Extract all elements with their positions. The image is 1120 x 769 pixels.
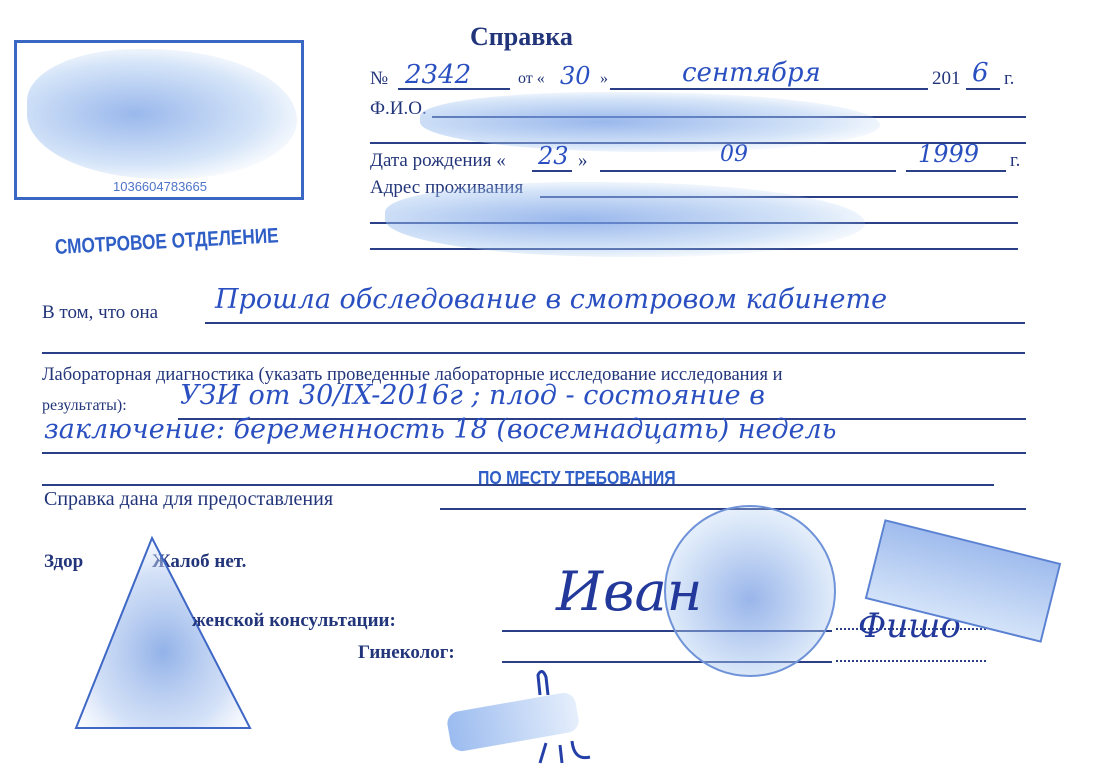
lab-value-line2: заключение: беременность 18 (восемнадцат…	[44, 414, 836, 445]
fio-redaction	[420, 92, 880, 152]
lab-value-line1: УЗИ от 30/IX-2016г ; плод - состояние в	[180, 380, 765, 411]
birth-year-value: 1999	[918, 140, 979, 168]
fio-label: Ф.И.О.	[370, 98, 427, 120]
day-value: 30	[560, 62, 591, 90]
number-value: 2342	[405, 60, 471, 90]
head-signature: Иван	[556, 560, 702, 623]
birth-label: Дата рождения «	[370, 150, 506, 172]
bottom-pen-marks	[520, 665, 600, 769]
birth-day-value: 23	[538, 142, 569, 170]
clinic-corner-stamp: 1036604783665	[14, 40, 304, 200]
lab-label-line2: результаты):	[42, 397, 127, 415]
purpose-label: Справка дана для предоставления	[44, 488, 333, 511]
address-redaction	[385, 182, 865, 257]
year-unit: г.	[1004, 68, 1014, 90]
birth-day-close: »	[578, 150, 588, 172]
gyn-label: Гинеколог:	[358, 642, 455, 664]
clinic-stamp-number: 1036604783665	[113, 179, 207, 194]
number-label: №	[370, 68, 388, 90]
statement-label: В том, что она	[42, 302, 158, 324]
month-value: сентября	[682, 58, 821, 88]
head-label: женской консультации:	[192, 610, 396, 632]
document-title: Справка	[470, 22, 573, 52]
day-close: »	[600, 70, 608, 88]
year-prefix: 201	[932, 68, 961, 90]
birth-month-value: 09	[720, 142, 748, 167]
department-stamp: СМОТРОВОЕ ОТДЕЛЕНИЕ	[54, 224, 279, 260]
triangle-stamp	[70, 530, 260, 750]
statement-value: Прошла обследование в смотровом кабинете	[215, 284, 887, 315]
birth-year-unit: г.	[1010, 150, 1020, 172]
year-suffix-value: 6	[972, 58, 989, 88]
from-label: от «	[518, 70, 545, 88]
purpose-stamp: ПО МЕСТУ ТРЕБОВАНИЯ	[478, 468, 676, 489]
